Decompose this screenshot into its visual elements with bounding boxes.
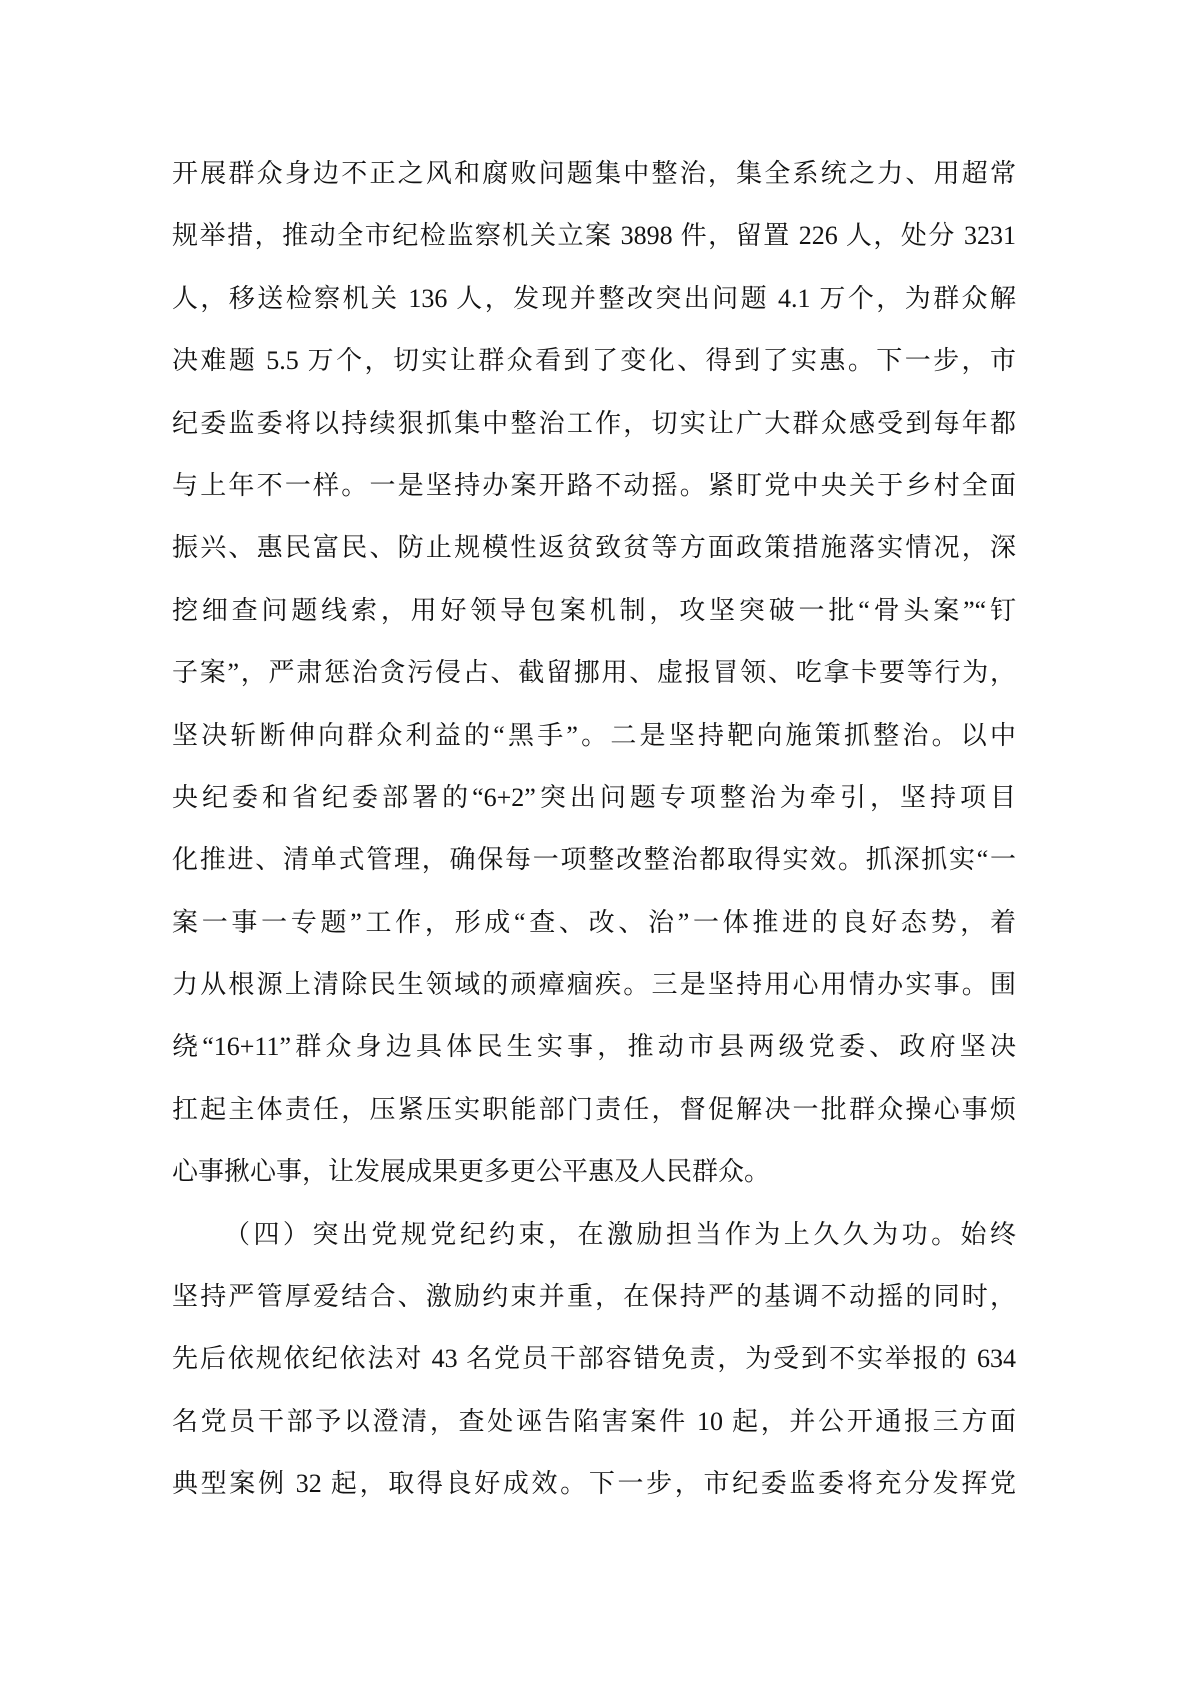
text-line: 力从根源上清除民生领域的顽瘴痼疾。三是坚持用心用情办实事。围 <box>172 954 1016 1016</box>
text-line: 典型案例 32 起，取得良好成效。下一步，市纪委监委将充分发挥党 <box>172 1453 1016 1515</box>
text-line: （四）突出党规党纪约束，在激励担当作为上久久为功。始终 <box>172 1204 1016 1266</box>
text-line: 人，移送检察机关 136 人，发现并整改突出问题 4.1 万个，为群众解 <box>172 268 1016 330</box>
text-line: 扛起主体责任，压紧压实职能部门责任，督促解决一批群众操心事烦 <box>172 1079 1016 1141</box>
text-line: 与上年不一样。一是坚持办案开路不动摇。紧盯党中央关于乡村全面 <box>172 455 1016 517</box>
text-line: 决难题 5.5 万个，切实让群众看到了变化、得到了实惠。下一步，市 <box>172 330 1016 392</box>
text-line: 先后依规依纪依法对 43 名党员干部容错免责，为受到不实举报的 634 <box>172 1328 1016 1390</box>
text-line: 绕“16+11”群众身边具体民生实事，推动市县两级党委、政府坚决 <box>172 1016 1016 1078</box>
text-line: 名党员干部予以澄清，查处诬告陷害案件 10 起，并公开通报三方面 <box>172 1391 1016 1453</box>
text-line: 化推进、清单式管理，确保每一项整改整治都取得实效。抓深抓实“一 <box>172 829 1016 891</box>
paragraph: 开展群众身边不正之风和腐败问题集中整治，集全系统之力、用超常规举措，推动全市纪检… <box>172 143 1016 1204</box>
text-line: 央纪委和省纪委部署的“6+2”突出问题专项整治为牵引，坚持项目 <box>172 767 1016 829</box>
text-line: 振兴、惠民富民、防止规模性返贫致贫等方面政策措施落实情况，深 <box>172 517 1016 579</box>
text-line: 坚决斩断伸向群众利益的“黑手”。二是坚持靶向施策抓整治。以中 <box>172 705 1016 767</box>
text-line: 坚持严管厚爱结合、激励约束并重，在保持严的基调不动摇的同时， <box>172 1266 1016 1328</box>
document-page: 开展群众身边不正之风和腐败问题集中整治，集全系统之力、用超常规举措，推动全市纪检… <box>0 0 1190 1683</box>
text-line: 开展群众身边不正之风和腐败问题集中整治，集全系统之力、用超常 <box>172 143 1016 205</box>
text-line: 心事揪心事，让发展成果更多更公平惠及人民群众。 <box>172 1141 1016 1203</box>
text-line: 案一事一专题”工作，形成“查、改、治”一体推进的良好态势，着 <box>172 892 1016 954</box>
text-block: 开展群众身边不正之风和腐败问题集中整治，集全系统之力、用超常规举措，推动全市纪检… <box>172 143 1016 1516</box>
text-line: 规举措，推动全市纪检监察机关立案 3898 件，留置 226 人，处分 3231 <box>172 205 1016 267</box>
text-line: 子案”，严肃惩治贪污侵占、截留挪用、虚报冒领、吃拿卡要等行为， <box>172 642 1016 704</box>
paragraph: （四）突出党规党纪约束，在激励担当作为上久久为功。始终坚持严管厚爱结合、激励约束… <box>172 1204 1016 1516</box>
text-line: 挖细查问题线索，用好领导包案机制，攻坚突破一批“骨头案”“钉 <box>172 580 1016 642</box>
text-line: 纪委监委将以持续狠抓集中整治工作，切实让广大群众感受到每年都 <box>172 393 1016 455</box>
